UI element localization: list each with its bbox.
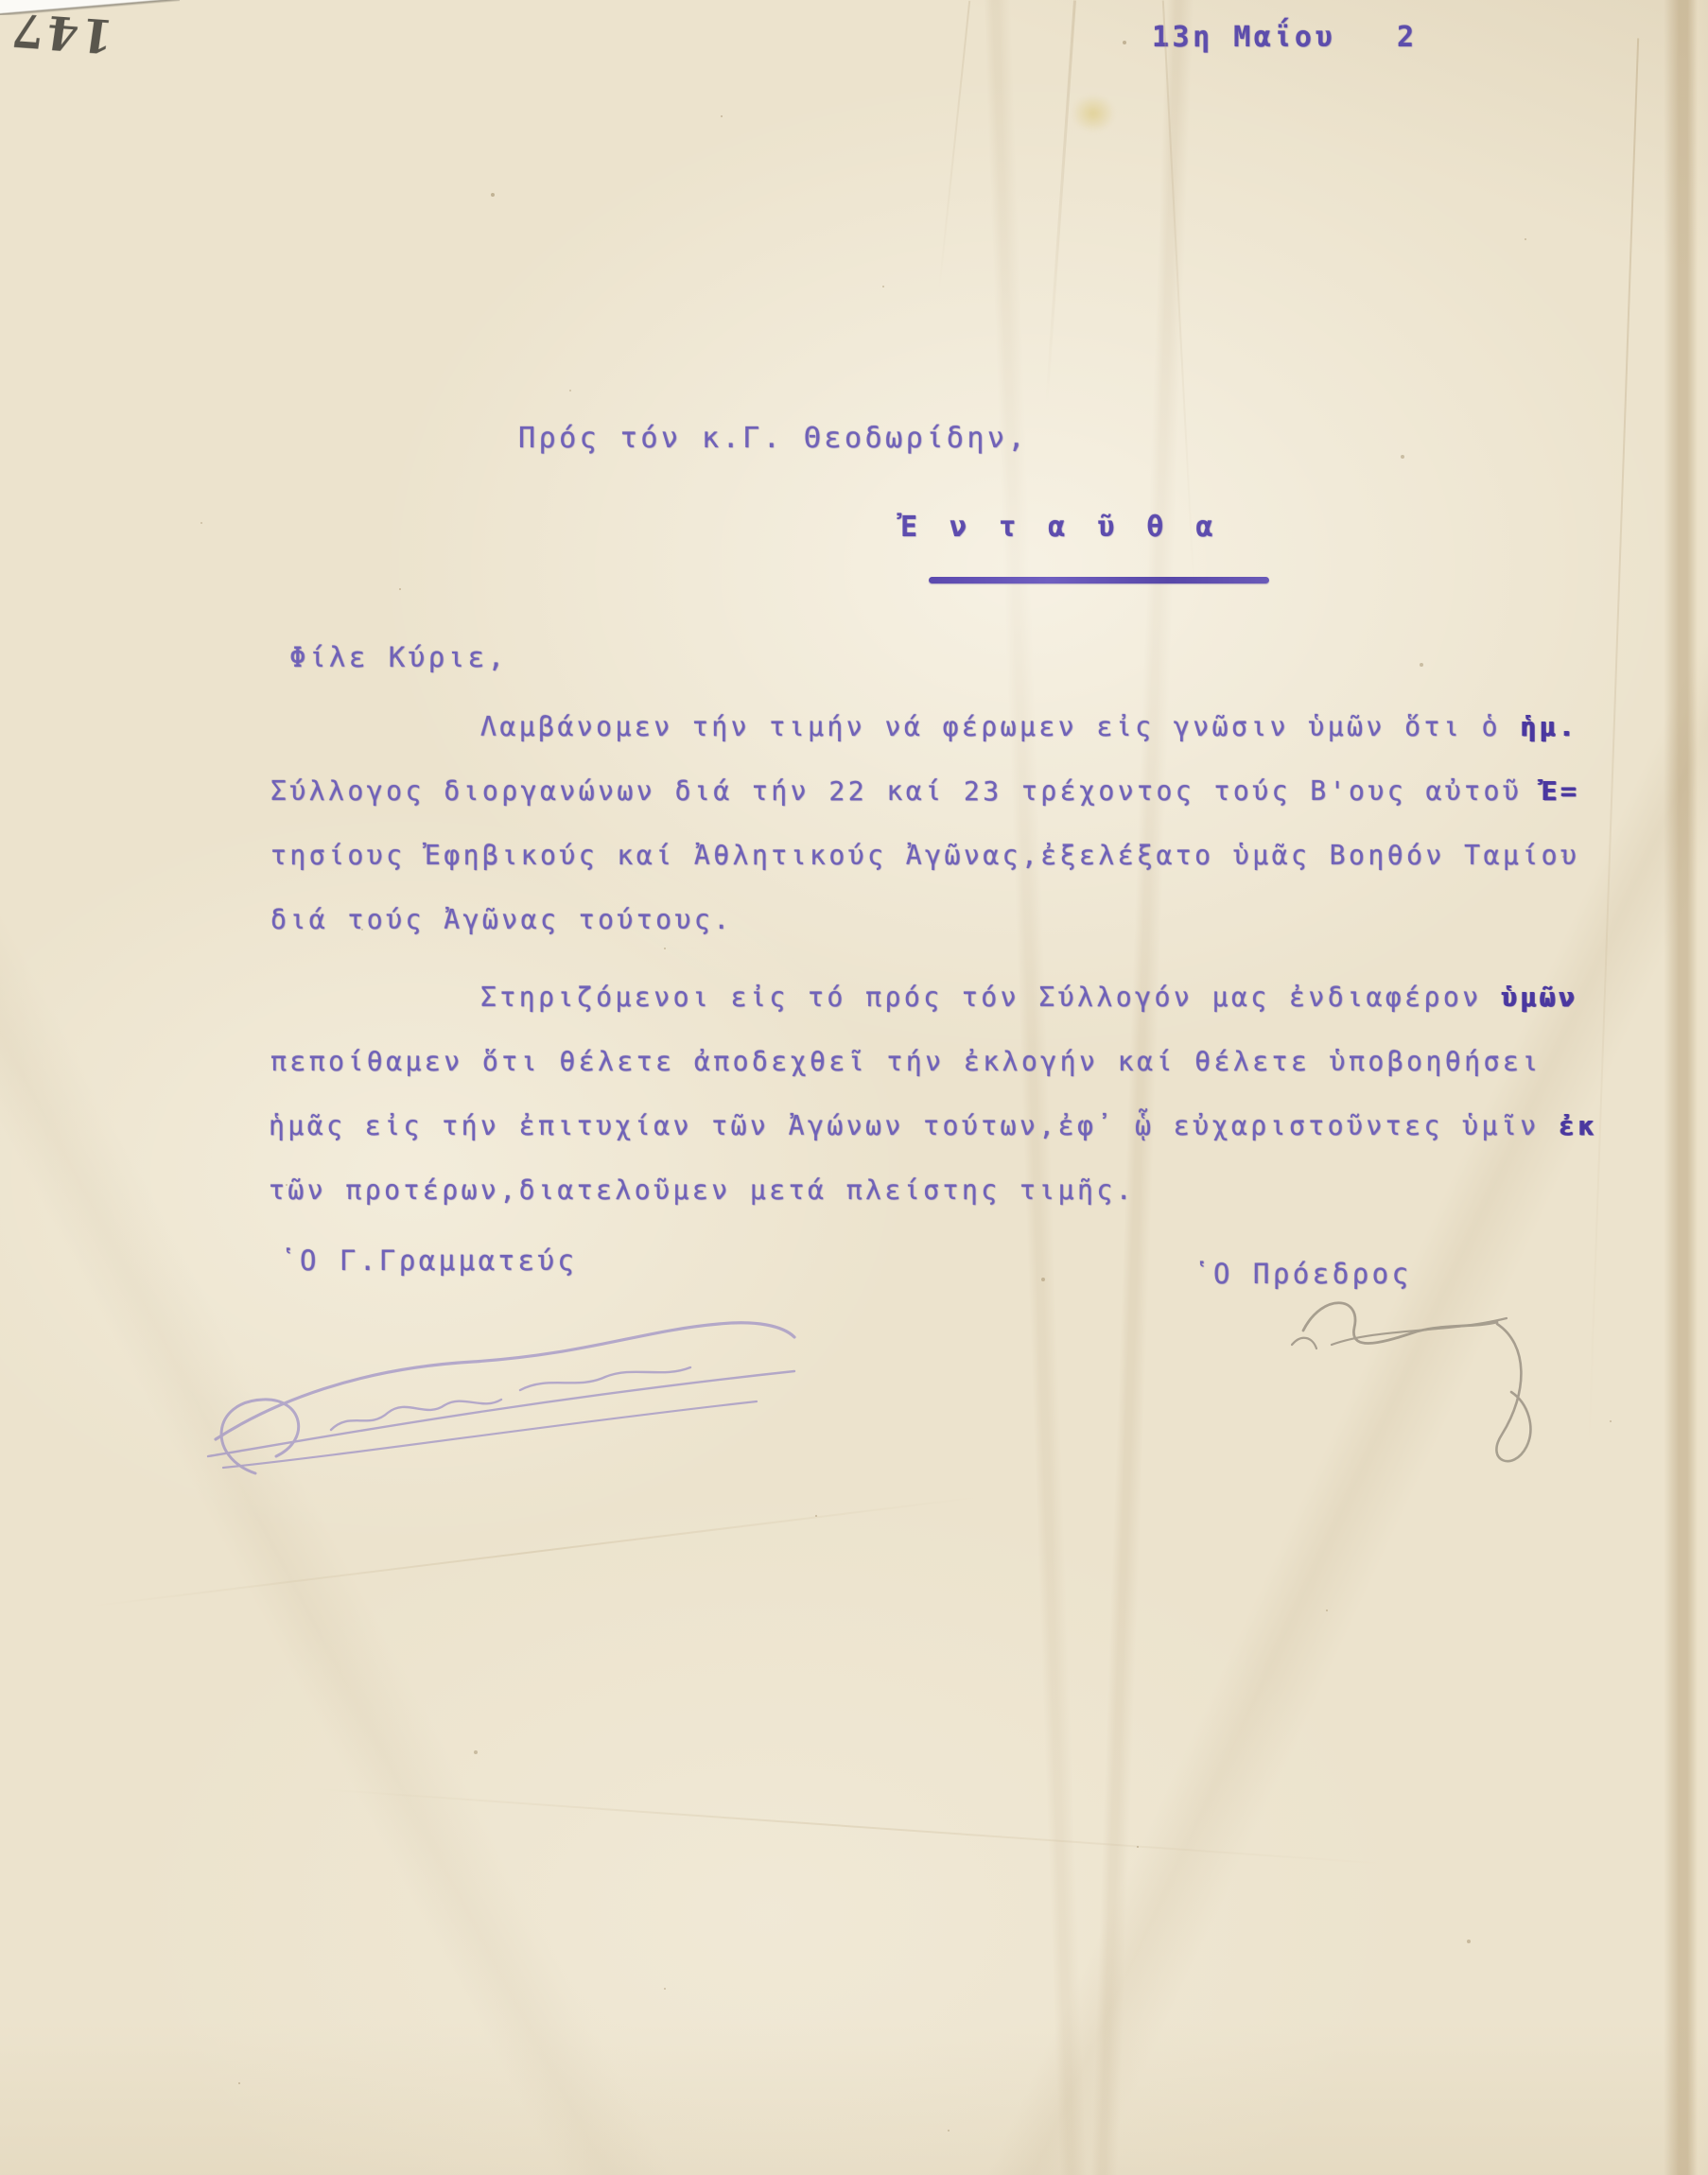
location-line: Ἐνταῦθα	[900, 511, 1245, 544]
date-heading: 13η Μαΐου	[1152, 21, 1335, 54]
paper-crease	[88, 1496, 980, 1608]
body-text: τησίους Ἐφηβικούς καί Ἀθλητικούς Ἀγῶνας,…	[270, 840, 1579, 871]
body-text-emphasis: ἡμ.	[1520, 711, 1577, 742]
body-line: ἡμᾶς εἰς τήν ἐπιτυχίαν τῶν Ἀγώνων τούτων…	[269, 1110, 1597, 1141]
page-number: 2	[1397, 21, 1418, 54]
body-text: ἡμᾶς εἰς τήν ἐπιτυχίαν τῶν Ἀγώνων τούτων…	[269, 1110, 1559, 1141]
stamp-number: 147	[9, 2, 114, 62]
letter-page: 147 13η Μαΐου 2 Πρός τόν κ.Γ. Θεοδωρίδην…	[0, 0, 1708, 2175]
body-text: διά τούς Ἀγῶνας τούτους.	[270, 904, 733, 935]
body-line: τησίους Ἐφηβικούς καί Ἀθλητικούς Ἀγῶνας,…	[270, 840, 1579, 871]
body-text: τῶν προτέρων,διατελοῦμεν μετά πλείστης τ…	[269, 1174, 1135, 1206]
body-line: Λαμβάνομεν τήν τιμήν νά φέρωμεν εἰς γνῶσ…	[480, 711, 1577, 742]
body-line: διά τούς Ἀγῶνας τούτους.	[270, 904, 733, 935]
recipient-line: Πρός τόν κ.Γ. Θεοδωρίδην,	[518, 422, 1028, 455]
body-text-emphasis: Ἐ=	[1542, 775, 1580, 807]
body-text: Στηριζόμενοι εἰς τό πρός τόν Σύλλογόν μα…	[480, 982, 1501, 1013]
paper-crease	[1588, 38, 1639, 1455]
body-line: Σύλλογος διοργανώνων διά τήν 22 καί 23 τ…	[270, 775, 1579, 807]
paper-stain	[1072, 95, 1115, 132]
body-text-emphasis: ὑμῶν	[1501, 982, 1577, 1013]
body-text: Λαμβάνομεν τήν τιμήν νά φέρωμεν εἰς γνῶσ…	[480, 711, 1520, 742]
paper-crease	[938, 1, 970, 293]
president-signature	[1275, 1279, 1577, 1496]
body-text: Σύλλογος διοργανώνων διά τήν 22 καί 23 τ…	[270, 775, 1542, 807]
paper-crease	[304, 1787, 1388, 1865]
salutation: Φίλε Κύριε,	[289, 641, 508, 673]
body-line: Στηριζόμενοι εἰς τό πρός τόν Σύλλογόν μα…	[480, 982, 1577, 1013]
paper-crease	[1045, 0, 1076, 406]
body-text-emphasis: ἐκ	[1559, 1110, 1597, 1141]
secretary-title: ῾Ο Γ.Γραμματεύς	[280, 1244, 577, 1277]
paper-crease	[1162, 0, 1194, 585]
location-underline	[929, 577, 1269, 583]
body-line: τῶν προτέρων,διατελοῦμεν μετά πλείστης τ…	[269, 1174, 1135, 1206]
body-text: πεποίθαμεν ὅτι θέλετε ἀποδεχθεῖ τήν ἐκλο…	[270, 1046, 1542, 1077]
paper-speckles	[0, 0, 2, 2]
secretary-signature	[189, 1288, 813, 1487]
body-line: πεποίθαμεν ὅτι θέλετε ἀποδεχθεῖ τήν ἐκλο…	[270, 1046, 1542, 1077]
